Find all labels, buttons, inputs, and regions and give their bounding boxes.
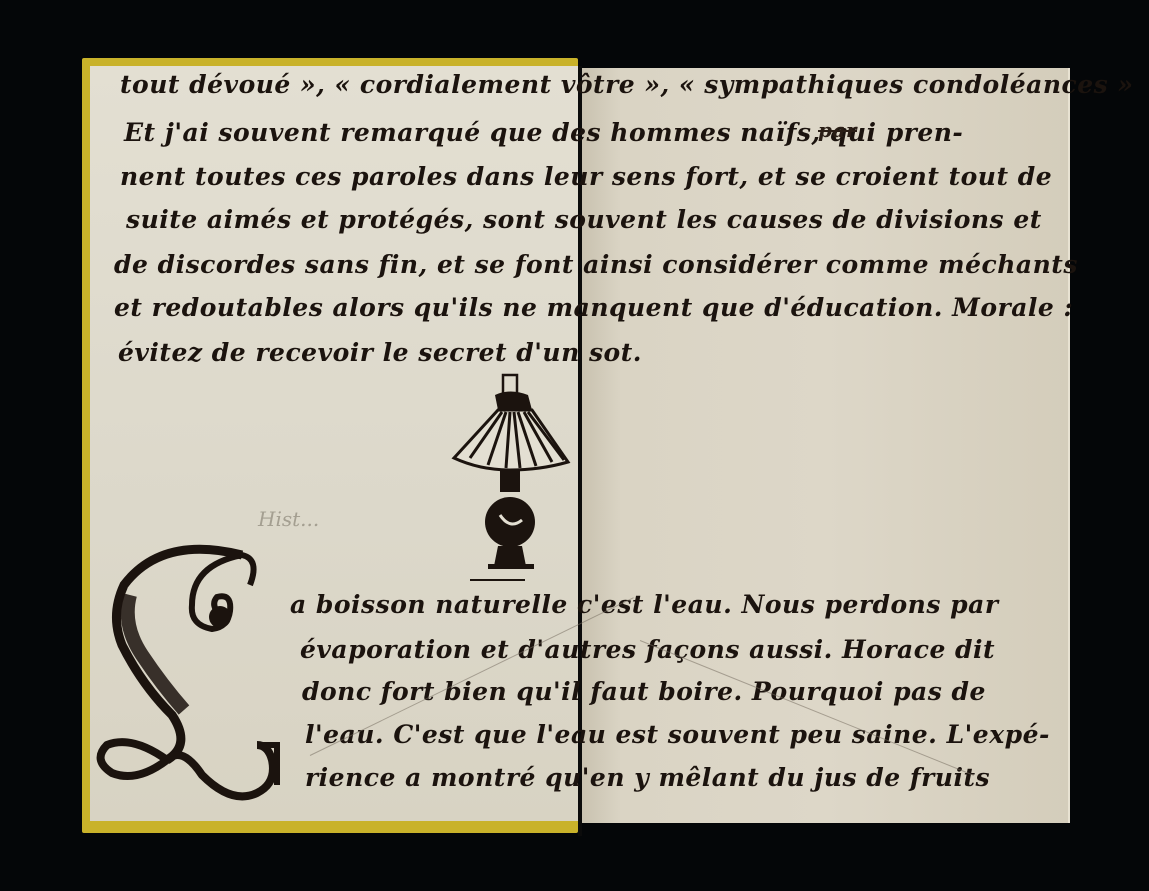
text-line-5: de discordes sans fin, et se font ainsi … <box>114 250 1078 279</box>
lower-text-line-5: rience a montré qu'en y mêlant du jus de… <box>305 763 990 792</box>
text-line-7: évitez de recevoir le secret d'un sot. <box>118 338 642 367</box>
drop-cap-text: L <box>92 544 93 546</box>
lower-text-line-2: évaporation et d'autres façons aussi. Ho… <box>300 635 995 664</box>
ornamental-drop-cap-L: L <box>92 545 292 815</box>
text-line-3: nent toutes ces paroles dans leur sens f… <box>120 162 1052 191</box>
lower-text-line-3: donc fort bien qu'il faut boire. Pourquo… <box>302 677 986 706</box>
text-line-4: suite aimés et protégés, sont souvent le… <box>126 205 1042 234</box>
lower-text-line-4: l'eau. C'est que l'eau est souvent peu s… <box>305 720 1050 749</box>
text-line-6: et redoutables alors qu'ils ne manquent … <box>114 293 1073 322</box>
faint-pencil-mark: Hist... <box>258 507 319 531</box>
crossed-out-word: par <box>818 118 857 142</box>
lower-text-line-1: a boisson naturelle c'est l'eau. Nous pe… <box>290 590 998 619</box>
oil-lamp-illustration <box>440 370 590 590</box>
text-line-1: tout dévoué », « cordialement vôtre », «… <box>120 70 1134 99</box>
